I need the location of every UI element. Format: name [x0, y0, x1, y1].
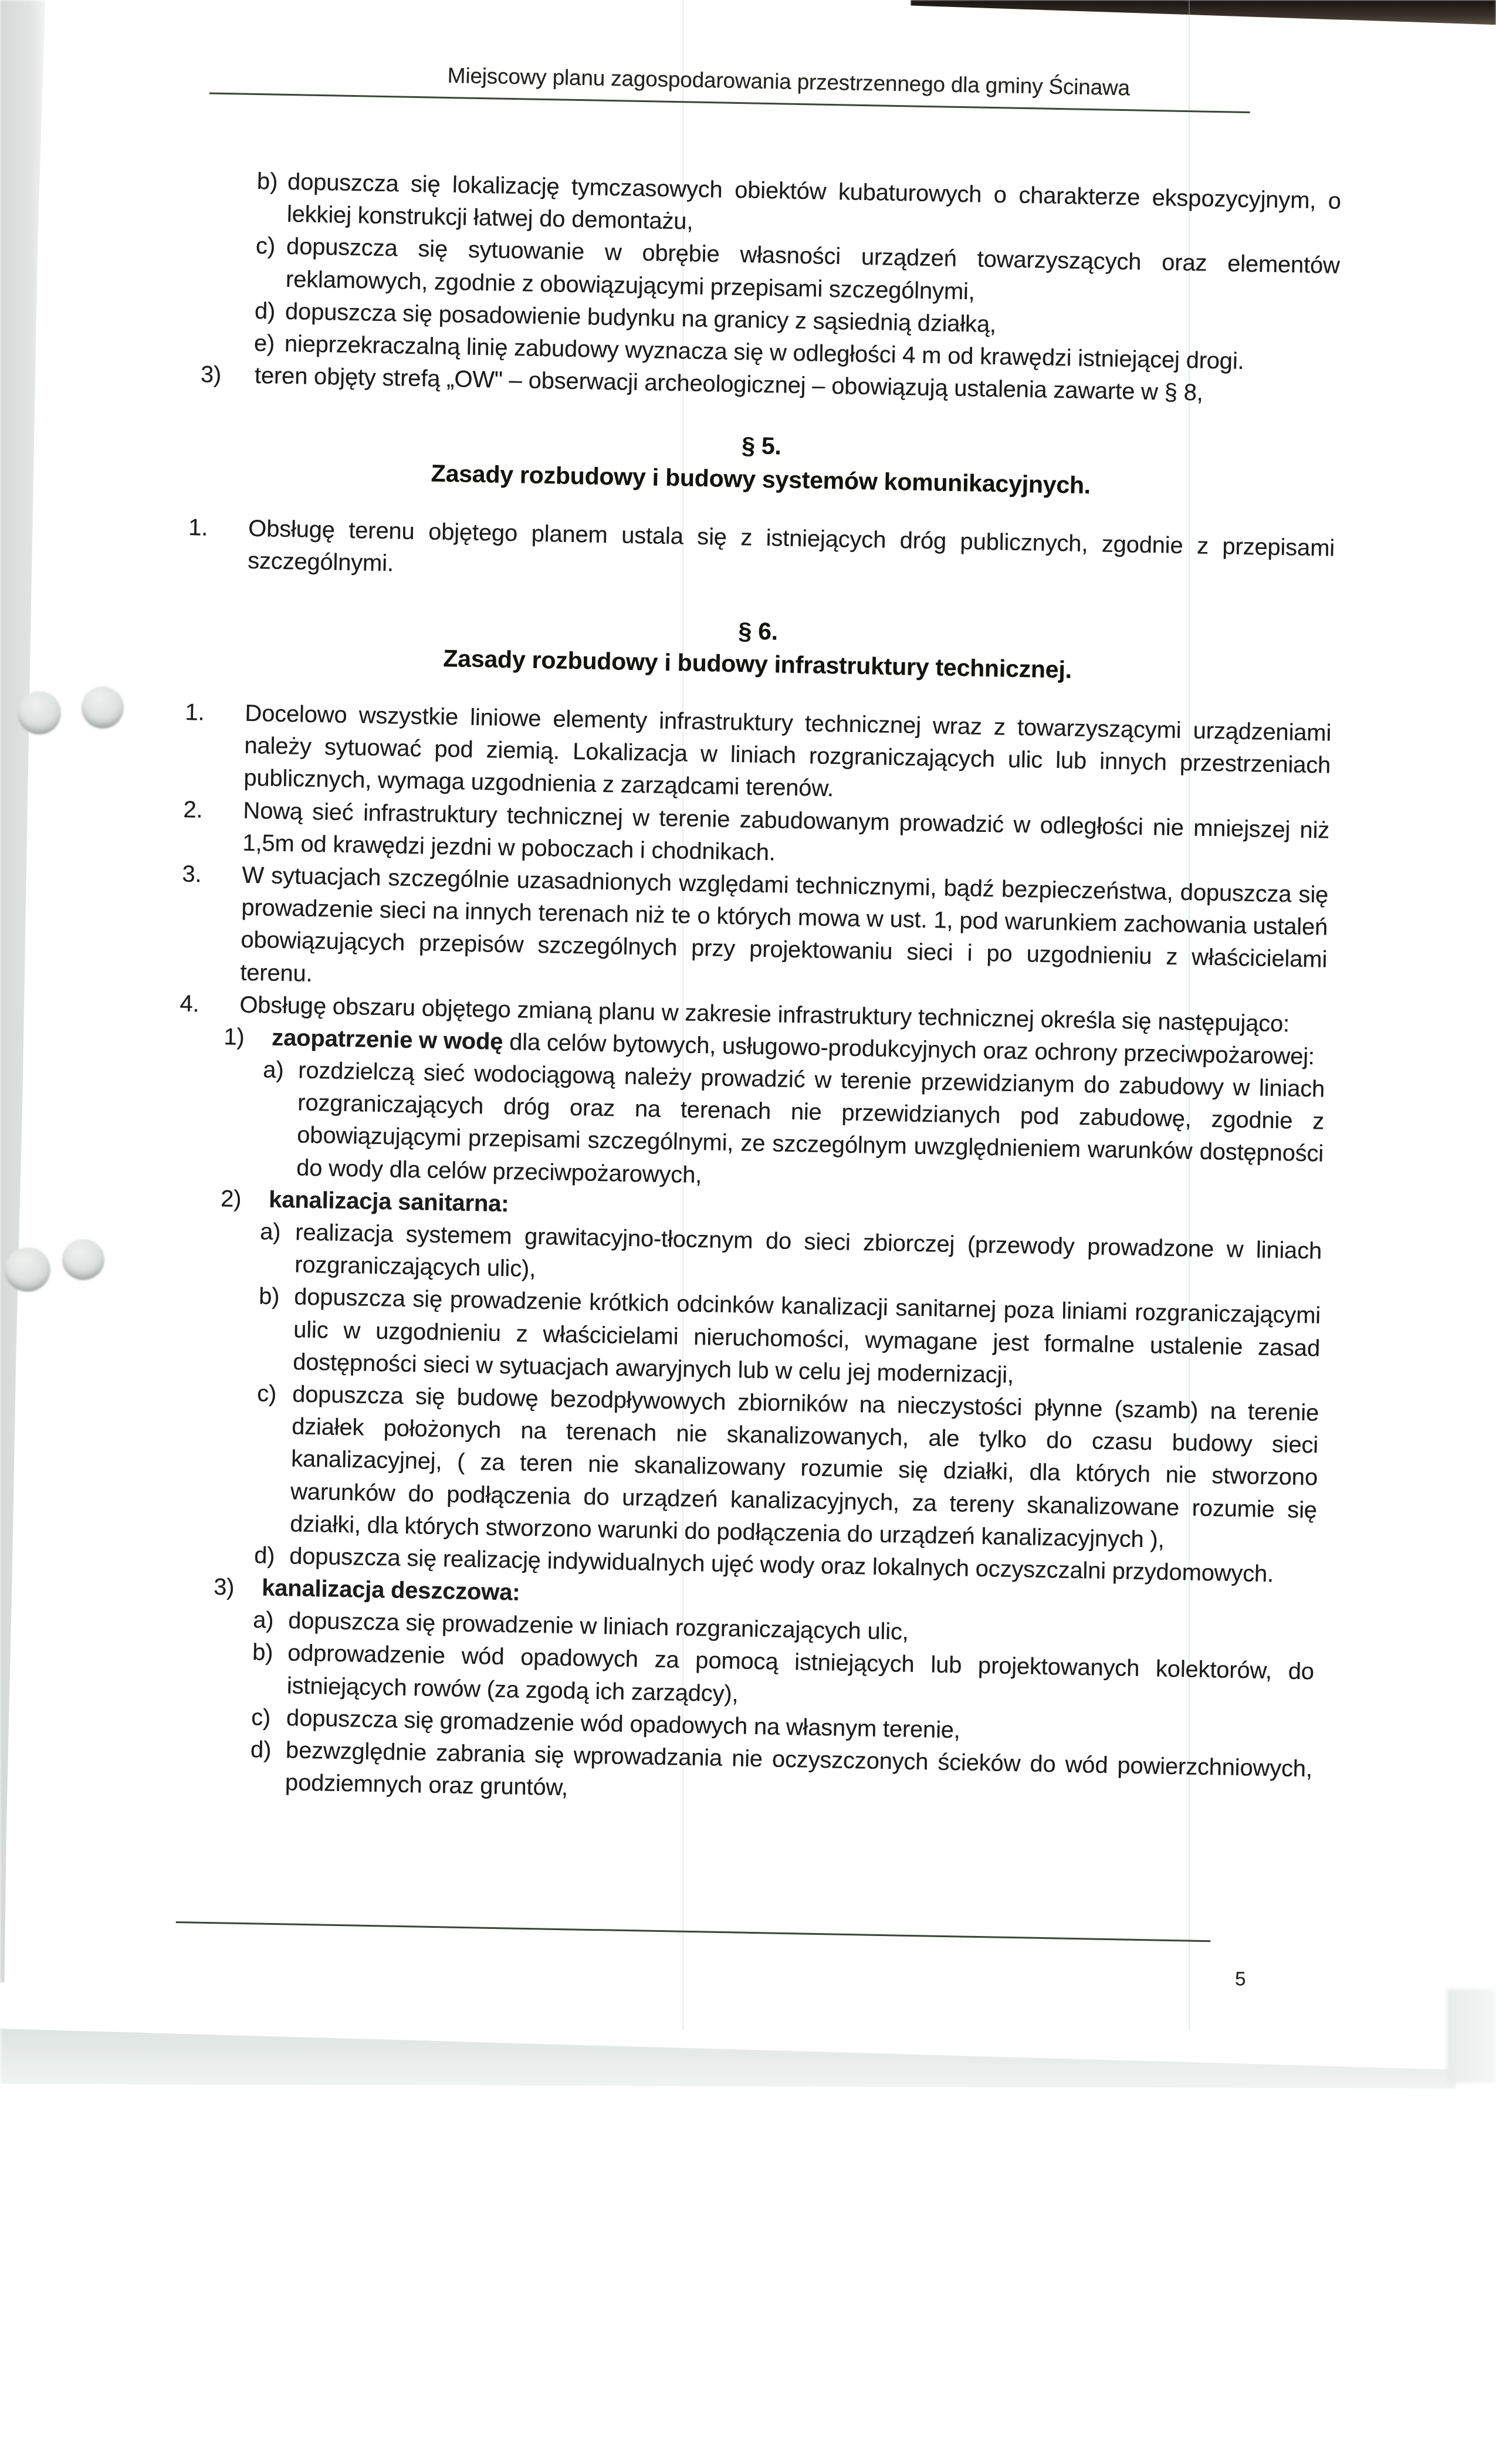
- scan-bottom-edge-shadow: [0, 2023, 1456, 2093]
- list-marker: 2): [221, 1183, 269, 1216]
- list-marker: d): [255, 295, 286, 328]
- list-item: 3. W sytuacjach szczególnie uzasadnionyc…: [177, 858, 1329, 1009]
- scan-left-edge-shadow: [0, 0, 54, 1983]
- list-marker: b): [252, 1637, 288, 1670]
- list-marker: 4.: [180, 988, 240, 1021]
- list-marker: d): [251, 1734, 286, 1766]
- scanned-document-page: Miejscowy planu zagospodarowania przestr…: [0, 0, 1496, 2464]
- scan-top-edge-shadow: [911, 0, 1496, 28]
- list-marker: d): [254, 1539, 290, 1572]
- list-marker: a): [263, 1054, 299, 1087]
- list-marker: e): [254, 327, 285, 360]
- page-header: Miejscowy planu zagospodarowania przestr…: [193, 56, 1343, 107]
- list-item-text: Docelowo wszystkie liniowe elementy infr…: [243, 698, 1332, 814]
- hole-punch-mark: [62, 1239, 104, 1280]
- list-item-text: dopuszcza się budowę bezodpływowych zbio…: [290, 1378, 1319, 1559]
- list-marker: 3): [201, 358, 255, 392]
- section-5-heading: § 5. Zasady rozbudowy i budowy systemów …: [186, 419, 1337, 506]
- list-item-label: zaopatrzenie w wodę: [272, 1025, 503, 1055]
- list-marker: a): [253, 1605, 289, 1637]
- list-item-text: W sytuacjach szczególnie uzasadnionych w…: [240, 859, 1329, 1009]
- list-marker: c): [256, 230, 287, 263]
- list-marker: b): [257, 165, 288, 198]
- list-marker: 1.: [188, 511, 249, 544]
- hole-punch-mark: [5, 1247, 50, 1292]
- hole-punch-mark: [18, 691, 61, 735]
- list-marker: 1): [224, 1021, 272, 1054]
- list-marker: a): [260, 1216, 296, 1248]
- list-item-text: Obsługę terenu objętego planem ustala si…: [248, 512, 1335, 597]
- list-item-label: kanalizacja deszczowa:: [262, 1575, 520, 1606]
- list-marker: 2.: [183, 794, 243, 827]
- hole-punch-mark: [82, 686, 124, 729]
- document-content: Miejscowy planu zagospodarowania przestr…: [162, 56, 1343, 1818]
- page-number: 5: [1235, 1965, 1246, 1992]
- list-marker: c): [251, 1701, 287, 1734]
- list-marker: b): [259, 1281, 295, 1314]
- list-marker: 1.: [185, 696, 245, 730]
- list-item: 1. Obsługę terenu objętego planem ustala…: [184, 511, 1335, 597]
- list-item-text: dopuszcza się prowadzenie krótkich odcin…: [293, 1281, 1321, 1397]
- list-marker: 3): [214, 1571, 262, 1605]
- list-item: c) dopuszcza się budowę bezodpływowych z…: [167, 1376, 1319, 1559]
- running-header-title: Miejscowy planu zagospodarowania przestr…: [193, 56, 1343, 107]
- scan-right-edge-shadow: [1447, 1989, 1496, 2083]
- list-item-label: kanalizacja sanitarna:: [269, 1187, 509, 1217]
- list-item: a) rozdzielczą sieć wodociągową należy p…: [173, 1052, 1325, 1203]
- list-marker: c): [257, 1377, 293, 1410]
- list-marker: 3.: [182, 858, 242, 892]
- footer-rule-line: [176, 1921, 1211, 1942]
- section-6-heading: § 6. Zasady rozbudowy i budowy infrastru…: [182, 604, 1333, 692]
- list-item-text: rozdzielczą sieć wodociągową należy prow…: [296, 1055, 1325, 1203]
